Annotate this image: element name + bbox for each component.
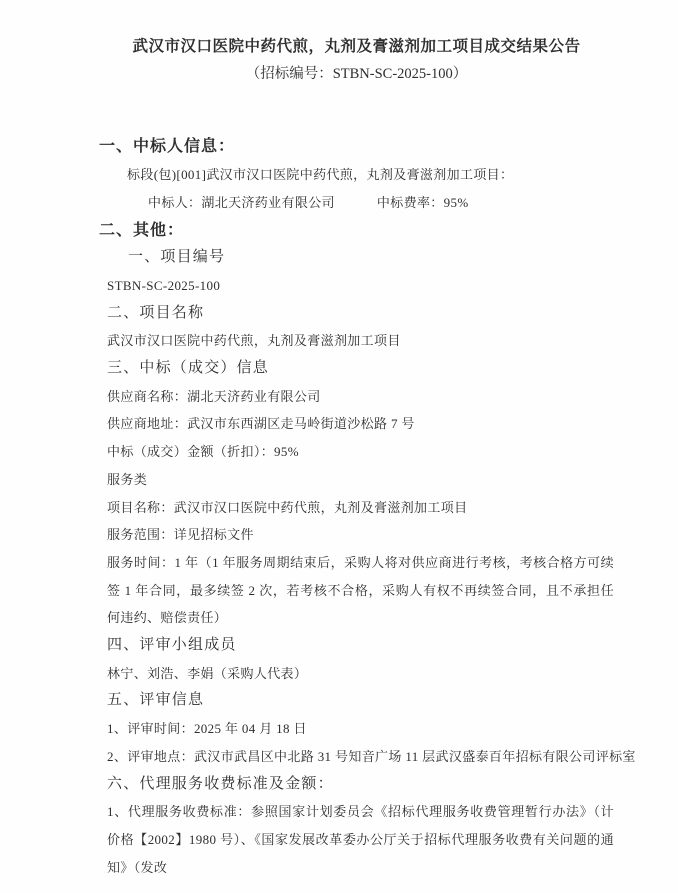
award-amount-line: 中标（成交）金额（折扣）：95% [99,438,614,466]
document-title: 武汉市汉口医院中药代煎，丸剂及膏滋剂加工项目成交结果公告 [99,33,614,61]
award-info-heading: 三、中标（成交）信息 [99,355,614,383]
project-no-heading: 一、项目编号 [99,244,614,272]
winner-name: 中标人：湖北天济药业有限公司 [148,195,335,210]
winner-rate: 中标费率：95% [377,195,469,210]
supplier-name-line: 供应商名称：湖北天济药业有限公司 [99,383,614,411]
document-page: 武汉市汉口医院中药代煎，丸剂及膏滋剂加工项目成交结果公告 （招标编号：STBN-… [0,0,678,893]
review-panel-heading: 四、评审小组成员 [99,632,614,660]
service-project-name-line: 项目名称：武汉市汉口医院中药代煎，丸剂及膏滋剂加工项目 [99,494,614,522]
agency-fee-standard-paragraph: 1、代理服务收费标准：参照国家计划委员会《招标代理服务收费管理暂行办法》（计价格… [99,798,614,881]
service-class-line: 服务类 [99,466,614,494]
section-winner-info-heading: 一、中标人信息： [99,133,614,161]
service-time-paragraph: 服务时间：1 年（1 年服务周期结束后，采购人将对供应商进行考核，考核合格方可续… [99,549,614,632]
review-info-heading: 五、评审信息 [99,687,614,715]
section-other-heading: 二、其他： [99,217,614,245]
supplier-address-line: 供应商地址：武汉市东西湖区走马岭街道沙松路 7 号 [99,410,614,438]
project-name-value: 武汉市汉口医院中药代煎，丸剂及膏滋剂加工项目 [99,327,614,355]
project-no-value: STBN-SC-2025-100 [99,272,614,300]
lot-package-line: 标段(包)[001]武汉市汉口医院中药代煎，丸剂及膏滋剂加工项目： [99,161,614,189]
agency-fee-heading: 六、代理服务收费标准及金额： [99,771,614,799]
winner-line: 中标人：湖北天济药业有限公司中标费率：95% [99,189,614,217]
panel-members-line: 林宁、刘浩、李娟（采购人代表） [99,660,614,688]
document-content: 武汉市汉口医院中药代煎，丸剂及膏滋剂加工项目成交结果公告 （招标编号：STBN-… [0,0,678,881]
tender-number-subtitle: （招标编号：STBN-SC-2025-100） [99,61,614,89]
review-place-line: 2、评审地点：武汉市武昌区中北路 31 号知音广场 11 层武汉盛泰百年招标有限… [99,743,614,771]
review-time-line: 1、评审时间：2025 年 04 月 18 日 [99,715,614,743]
project-name-heading: 二、项目名称 [99,300,614,328]
service-scope-line: 服务范围：详见招标文件 [99,521,614,549]
